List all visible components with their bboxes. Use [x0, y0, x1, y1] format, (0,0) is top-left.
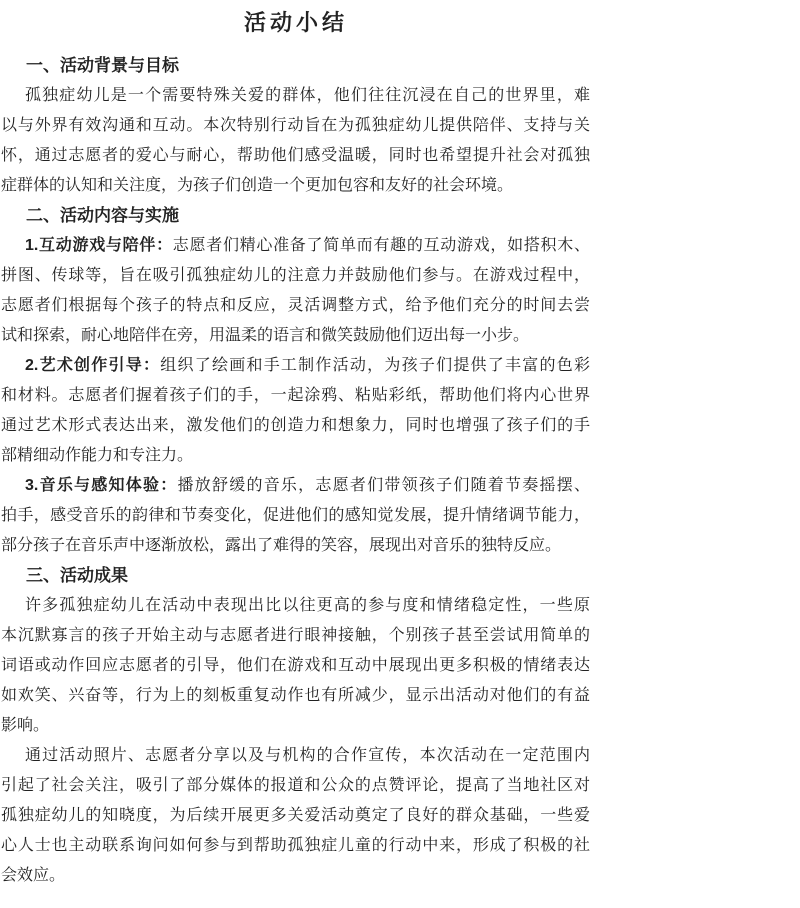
paragraph-line: 以与外界有效沟通和互动。本次特别行动旨在为孤独症幼儿提供陪伴、支持与关	[1, 111, 590, 141]
section-heading: 三、活动成果	[1, 561, 590, 591]
document-page: 活动小结 一、活动背景与目标孤独症幼儿是一个需要特殊关爱的群体，他们往往沉浸在自…	[0, 0, 800, 908]
section-heading: 一、活动背景与目标	[1, 51, 590, 81]
item-line: 2.艺术创作引导：组织了绘画和手工制作活动，为孩子们提供了丰富的色彩	[1, 351, 590, 381]
paragraph-line: 心人士也主动联系询问如何参与到帮助孤独症儿童的行动中来，形成了积极的社	[1, 831, 590, 861]
paragraph-line: 本沉默寡言的孩子开始主动与志愿者进行眼神接触，个别孩子甚至尝试用简单的	[1, 621, 590, 651]
item-line: 部分孩子在音乐声中逐渐放松，露出了难得的笑容，展现出对音乐的独特反应。	[1, 531, 590, 561]
item-line: 和材料。志愿者们握着孩子们的手，一起涂鸦、粘贴彩纸，帮助他们将内心世界	[1, 381, 590, 411]
section-heading: 二、活动内容与实施	[1, 201, 590, 231]
item-text: 志愿者们精心准备了简单而有趣的互动游戏，如搭积木、	[173, 237, 590, 254]
item-line: 1.互动游戏与陪伴：志愿者们精心准备了简单而有趣的互动游戏，如搭积木、	[1, 231, 590, 261]
paragraph-line: 会效应。	[1, 861, 590, 891]
document-body: 一、活动背景与目标孤独症幼儿是一个需要特殊关爱的群体，他们往往沉浸在自己的世界里…	[0, 51, 590, 891]
paragraph-line: 影响。	[1, 711, 590, 741]
item-line: 试和探索，耐心地陪伴在旁，用温柔的语言和微笑鼓励他们迈出每一小步。	[1, 321, 590, 351]
item-label: 1.互动游戏与陪伴：	[25, 237, 173, 254]
item-label: 2.艺术创作引导：	[25, 357, 160, 374]
paragraph-line: 如欢笑、兴奋等，行为上的刻板重复动作也有所减少，显示出活动对他们的有益	[1, 681, 590, 711]
paragraph-line: 词语或动作回应志愿者的引导，他们在游戏和互动中展现出更多积极的情绪表达	[1, 651, 590, 681]
item-text: 播放舒缓的音乐，志愿者们带领孩子们随着节奏摇摆、	[178, 477, 590, 494]
item-line: 志愿者们根据每个孩子的特点和反应，灵活调整方式，给予他们充分的时间去尝	[1, 291, 590, 321]
item-text: 组织了绘画和手工制作活动，为孩子们提供了丰富的色彩	[160, 357, 590, 374]
paragraph-line: 孤独症幼儿是一个需要特殊关爱的群体，他们往往沉浸在自己的世界里，难	[1, 81, 590, 111]
item-line: 拼图、传球等，旨在吸引孤独症幼儿的注意力并鼓励他们参与。在游戏过程中，	[1, 261, 590, 291]
paragraph-line: 怀，通过志愿者的爱心与耐心，帮助他们感受温暖，同时也希望提升社会对孤独	[1, 141, 590, 171]
paragraph-line: 通过活动照片、志愿者分享以及与机构的合作宣传，本次活动在一定范围内	[1, 741, 590, 771]
item-line: 3.音乐与感知体验：播放舒缓的音乐，志愿者们带领孩子们随着节奏摇摆、	[1, 471, 590, 501]
item-label: 3.音乐与感知体验：	[25, 477, 178, 494]
paragraph-line: 孤独症幼儿的知晓度，为后续开展更多关爱活动奠定了良好的群众基础，一些爱	[1, 801, 590, 831]
item-line: 通过艺术形式表达出来，激发他们的创造力和想象力，同时也增强了孩子们的手	[1, 411, 590, 441]
page-title: 活动小结	[0, 6, 592, 40]
paragraph-line: 许多孤独症幼儿在活动中表现出比以往更高的参与度和情绪稳定性，一些原	[1, 591, 590, 621]
item-line: 部精细动作能力和专注力。	[1, 441, 590, 471]
item-line: 拍手，感受音乐的韵律和节奏变化，促进他们的感知觉发展，提升情绪调节能力，	[1, 501, 590, 531]
paragraph-line: 症群体的认知和关注度，为孩子们创造一个更加包容和友好的社会环境。	[1, 171, 590, 201]
paragraph-line: 引起了社会关注，吸引了部分媒体的报道和公众的点赞评论，提高了当地社区对	[1, 771, 590, 801]
